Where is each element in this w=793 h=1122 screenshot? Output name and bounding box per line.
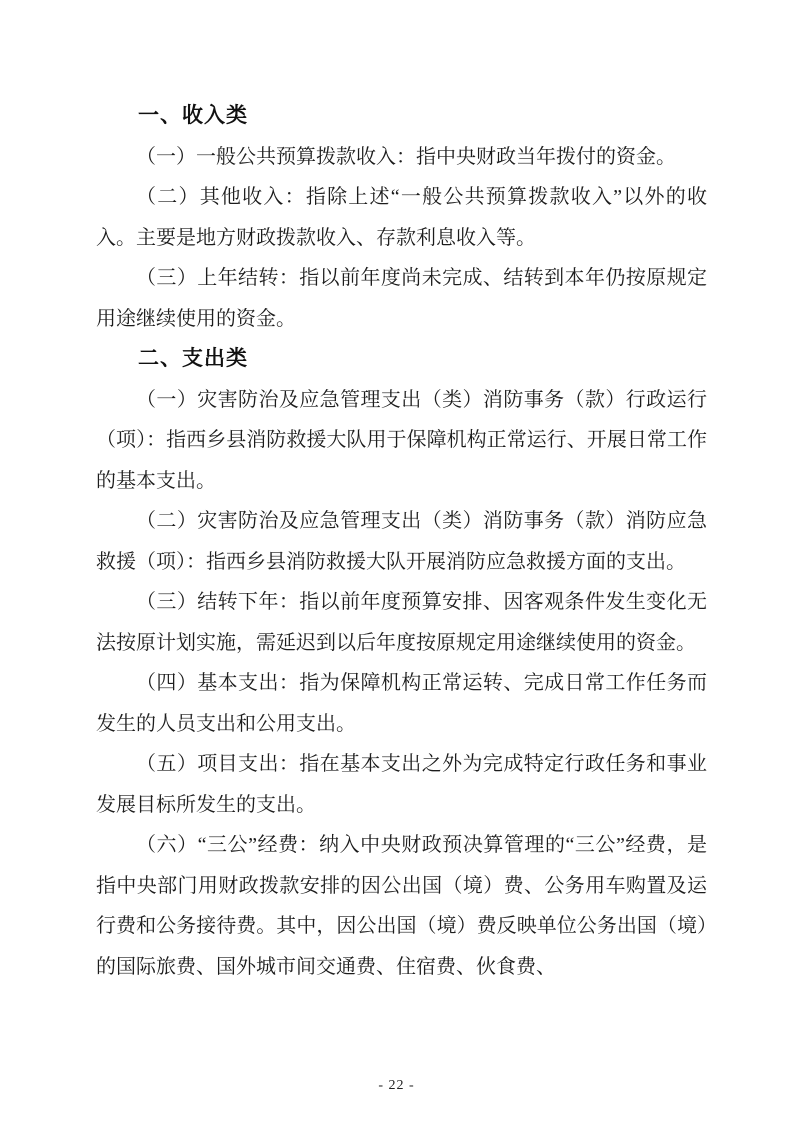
- section-heading-expenditure: 二、支出类: [96, 339, 707, 380]
- document-page: 一、收入类 （一）一般公共预算拨款收入：指中央财政当年拨付的资金。 （二）其他收…: [0, 0, 793, 1122]
- paragraph-expenditure-3: （三）结转下年：指以前年度预算安排、因客观条件发生变化无法按原计划实施，需延迟到…: [96, 582, 707, 663]
- page-footer: - 22 -: [0, 1076, 793, 1094]
- paragraph-income-1: （一）一般公共预算拨款收入：指中央财政当年拨付的资金。: [96, 137, 707, 178]
- paragraph-expenditure-5: （五）项目支出：指在基本支出之外为完成特定行政任务和事业发展目标所发生的支出。: [96, 744, 707, 825]
- paragraph-income-3: （三）上年结转：指以前年度尚未完成、结转到本年仍按原规定用途继续使用的资金。: [96, 258, 707, 339]
- section-heading-income: 一、收入类: [96, 96, 707, 137]
- paragraph-expenditure-6: （六）“三公”经费：纳入中央财政预决算管理的“三公”经费，是指中央部门用财政拨款…: [96, 825, 707, 987]
- page-number: - 22 -: [378, 1078, 414, 1093]
- paragraph-expenditure-2: （二）灾害防治及应急管理支出（类）消防事务（款）消防应急救援（项）：指西乡县消防…: [96, 501, 707, 582]
- document-content: 一、收入类 （一）一般公共预算拨款收入：指中央财政当年拨付的资金。 （二）其他收…: [96, 96, 707, 987]
- paragraph-expenditure-1: （一）灾害防治及应急管理支出（类）消防事务（款）行政运行（项）：指西乡县消防救援…: [96, 380, 707, 502]
- paragraph-expenditure-4: （四）基本支出：指为保障机构正常运转、完成日常工作任务而发生的人员支出和公用支出…: [96, 663, 707, 744]
- paragraph-income-2: （二）其他收入：指除上述“一般公共预算拨款收入”以外的收入。主要是地方财政拨款收…: [96, 177, 707, 258]
